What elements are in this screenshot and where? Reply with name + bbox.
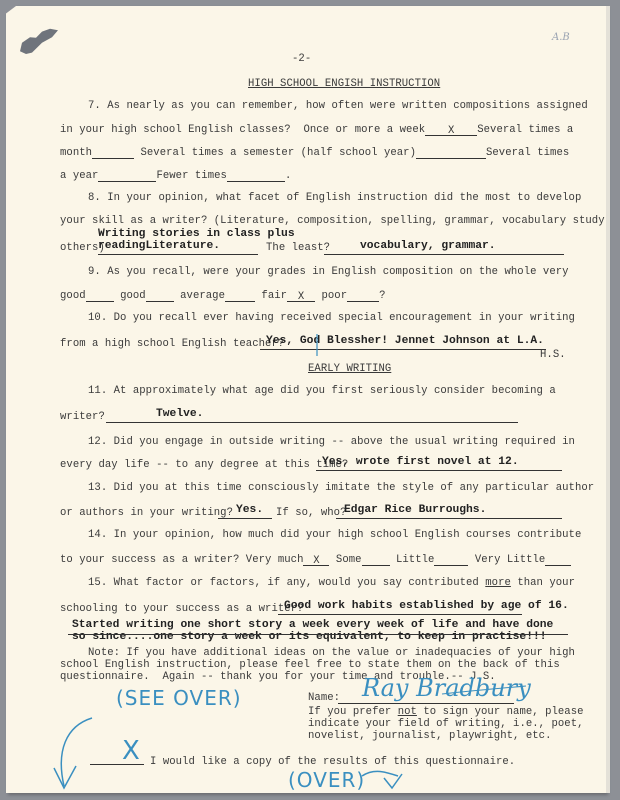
signature-flourish xyxy=(442,686,526,694)
arrow-head-icon xyxy=(54,766,76,788)
arrow-down-right-icon xyxy=(362,771,402,788)
curved-arrow-icon xyxy=(61,718,92,786)
questionnaire-page: A.B -2- HIGH SCHOOL ENGISH INSTRUCTION 7… xyxy=(6,6,606,793)
ink-strokes xyxy=(6,6,606,793)
